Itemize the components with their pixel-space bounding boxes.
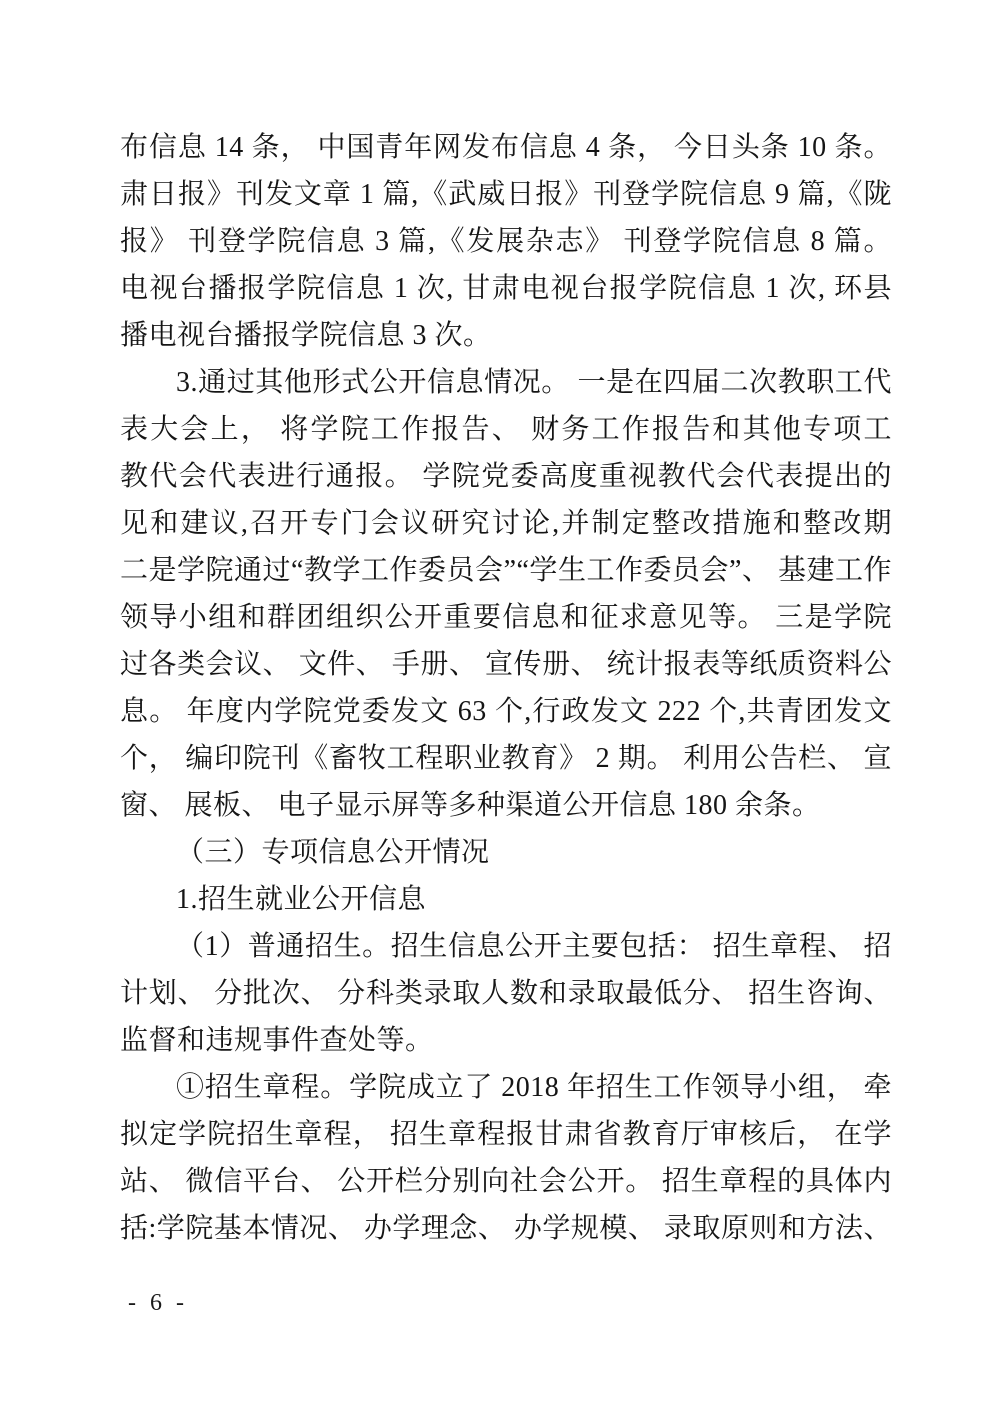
text-line: 教代会代表进行通报。 学院党委高度重视教代会代表提出的意 [120, 453, 892, 500]
text-line: 二是学院通过“教学工作委员会”“学生工作委员会”、 基建工作 [120, 547, 892, 594]
text-line: 窗、 展板、 电子显示屏等多种渠道公开信息 180 余条。 [120, 782, 892, 829]
text-line: 息。 年度内学院党委发文 63 个,行政发文 222 个,共青团发文 14 [120, 688, 892, 735]
text-line: 括:学院基本情况、 办学理念、 办学规模、 录取原则和方法、 录 [120, 1205, 892, 1252]
text-line: 过各类会议、 文件、 手册、 宣传册、 统计报表等纸质资料公开信 [120, 641, 892, 688]
text-line: （1）普通招生。招生信息公开主要包括： 招生章程、 招生 [120, 923, 892, 970]
text-line: 表大会上， 将学院工作报告、 财务工作报告和其他专项工作， 向 [120, 406, 892, 453]
text-line: 电视台播报学院信息 1 次, 甘肃电视台报学院信息 1 次, 环县广 [120, 265, 892, 312]
text-line: 肃日报》刊发文章 1 篇,《武威日报》刊登学院信息 9 篇,《陇东 [120, 171, 892, 218]
text-line: 布信息 14 条， 中国青年网发布信息 4 条， 今日头条 10 条。《甘 [120, 124, 892, 171]
text-line: 播电视台播报学院信息 3 次。 [120, 312, 892, 359]
text-line: 3.通过其他形式公开信息情况。 一是在四届二次教职工代 [120, 359, 892, 406]
page-number: - 6 - [128, 1288, 188, 1318]
text-line: 领导小组和群团组织公开重要信息和征求意见等。 三是学院通 [120, 594, 892, 641]
text-line: 1.招生就业公开信息 [120, 876, 892, 923]
text-line: 站、 微信平台、 公开栏分别向社会公开。 招生章程的具体内容包 [120, 1158, 892, 1205]
text-line: 监督和违规事件查处等。 [120, 1017, 892, 1064]
text-line: 个， 编印院刊《畜牧工程职业教育》 2 期。 利用公告栏、 宣传橱 [120, 735, 892, 782]
text-line: 计划、 分批次、 分科类录取人数和录取最低分、 招生咨询、 招生 [120, 970, 892, 1017]
text-line: 见和建议,召开专门会议研究讨论,并制定整改措施和整改期限。 [120, 500, 892, 547]
text-line: ①招生章程。学院成立了 2018 年招生工作领导小组， 牵头 [120, 1064, 892, 1111]
document-body: 布信息 14 条， 中国青年网发布信息 4 条， 今日头条 10 条。《甘肃日报… [120, 124, 892, 1252]
document-page: 布信息 14 条， 中国青年网发布信息 4 条， 今日头条 10 条。《甘肃日报… [0, 0, 1000, 1414]
text-line: 报》 刊登学院信息 3 篇,《发展杂志》 刊登学院信息 8 篇。 中央 [120, 218, 892, 265]
text-line: （三）专项信息公开情况 [120, 829, 892, 876]
text-line: 拟定学院招生章程， 招生章程报甘肃省教育厅审核后， 在学院网 [120, 1111, 892, 1158]
